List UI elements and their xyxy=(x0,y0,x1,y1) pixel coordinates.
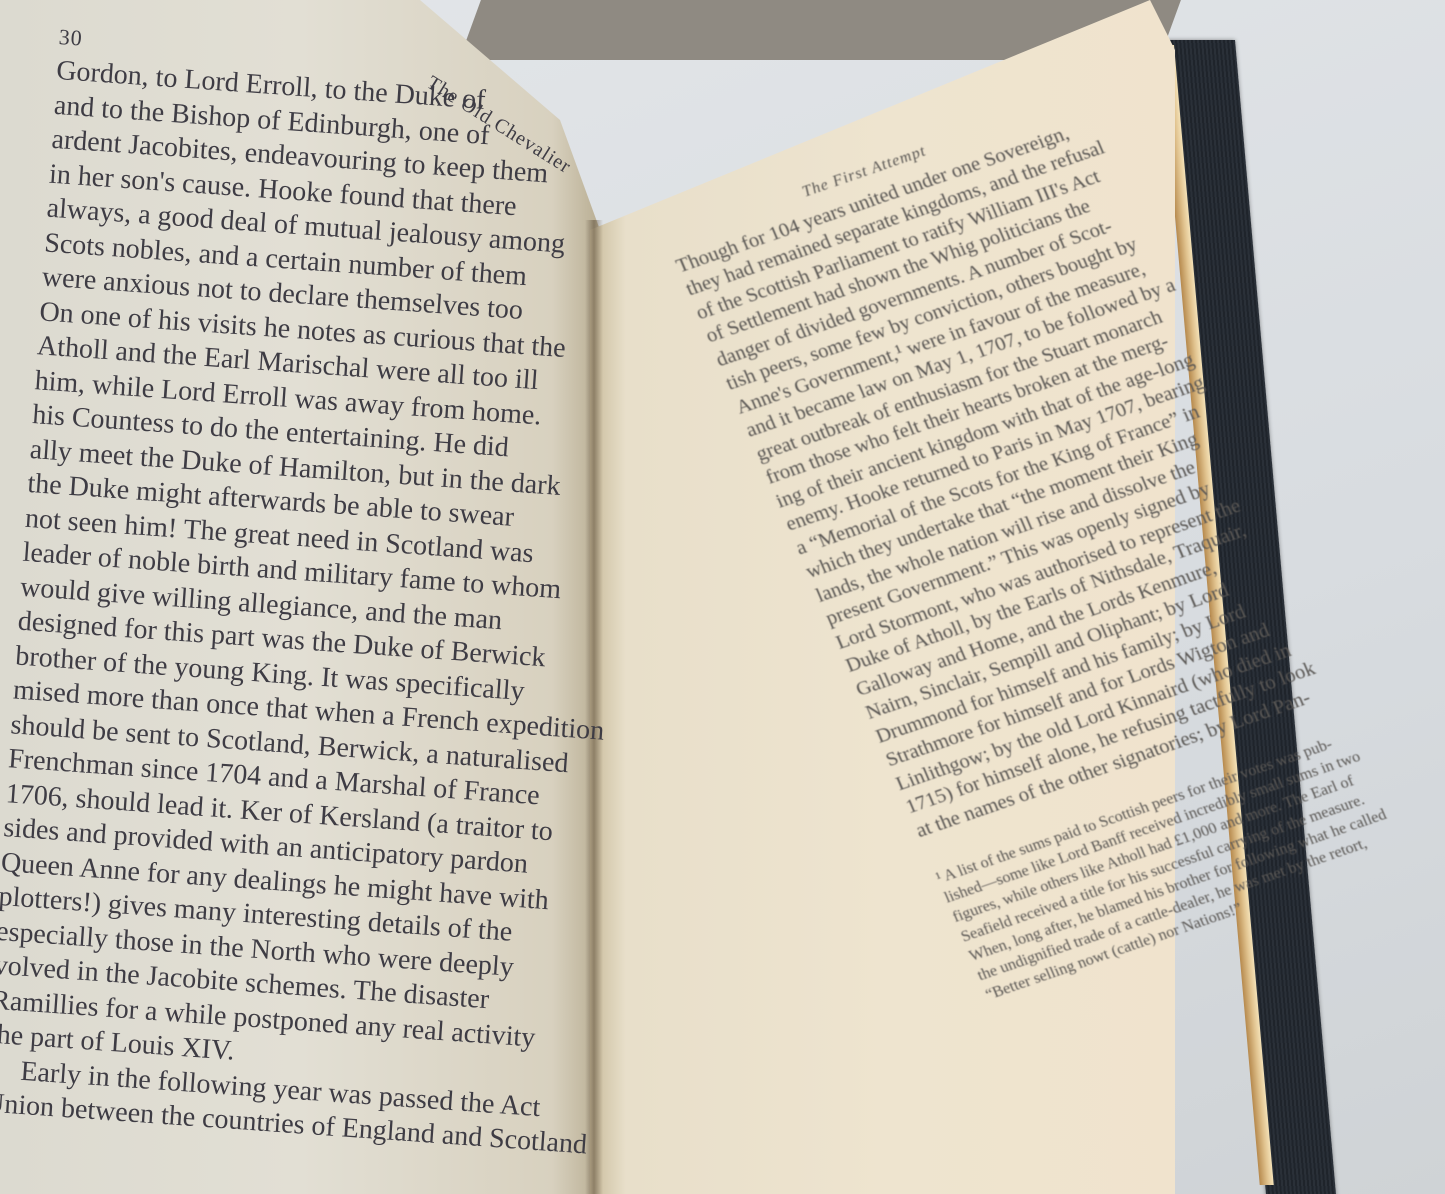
left-page-text: 30 The Old Chevalier Gordon, to Lord Err… xyxy=(0,20,619,1160)
